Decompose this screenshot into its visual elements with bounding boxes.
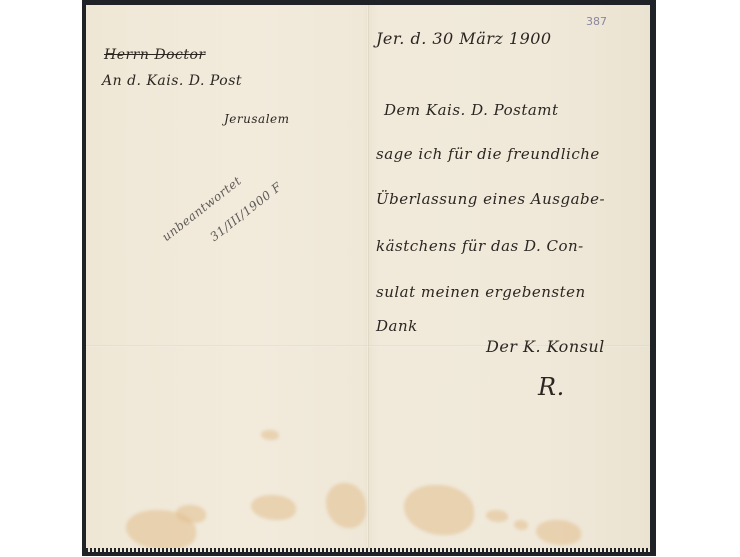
water-stain (261, 430, 279, 440)
body-line-1: Dem Kais. D. Postamt (384, 101, 559, 119)
center-fold (367, 5, 369, 552)
address-place: Jerusalem (224, 112, 290, 126)
signature: R. (538, 373, 565, 401)
water-stain (486, 510, 508, 522)
water-stain (514, 520, 528, 530)
address-line: An d. Kais. D. Post (102, 73, 242, 89)
body-line-3: Überlassung eines Ausgabe- (376, 190, 605, 208)
perforated-edge (86, 548, 650, 552)
body-line-4: kästchens für das D. Con- (376, 237, 584, 255)
struck-address: Herrn Doctor (104, 47, 206, 63)
letter-paper: Herrn Doctor An d. Kais. D. Post Jerusal… (86, 5, 650, 552)
archive-number: 387 (586, 15, 607, 28)
water-stain (536, 520, 581, 545)
dateline: Jer. d. 30 März 1900 (376, 29, 552, 48)
water-stain (326, 483, 366, 528)
body-line-6: Dank (376, 317, 418, 335)
pencil-note: unbeantwortet (159, 174, 244, 244)
body-line-2: sage ich für die freundliche (376, 145, 600, 163)
water-stain (404, 485, 474, 535)
closing: Der K. Konsul (486, 337, 605, 356)
water-stain (251, 495, 296, 520)
body-line-5: sulat meinen ergebensten (376, 283, 586, 301)
